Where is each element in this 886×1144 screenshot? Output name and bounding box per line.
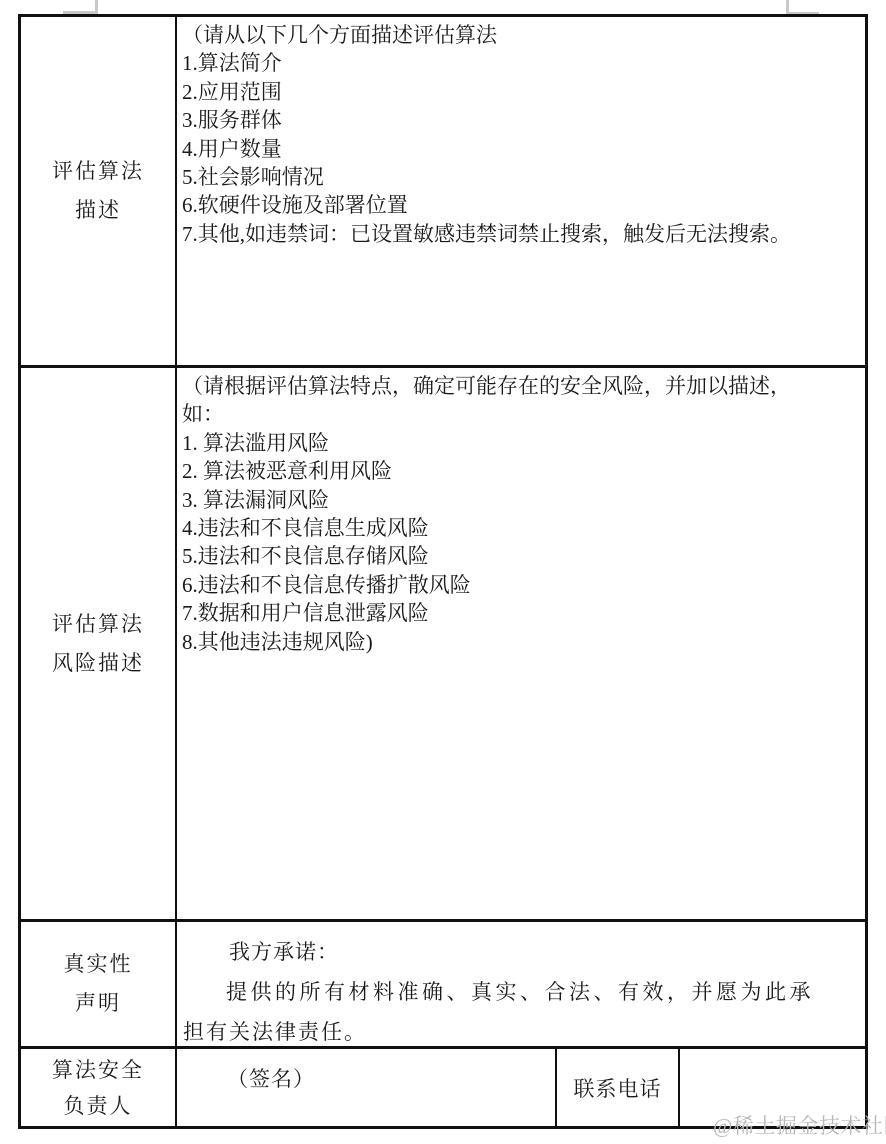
contact-phone-label: 联系电话 — [557, 1049, 680, 1126]
assessment-form-table: 评估算法 描述 （请从以下几个方面描述评估算法 1.算法简介 2.应用范围 3.… — [18, 14, 868, 1129]
table-row-algorithm-description: 评估算法 描述 （请从以下几个方面描述评估算法 1.算法简介 2.应用范围 3.… — [21, 17, 865, 368]
statement-body-line: 提供的所有材料准确、真实、合法、有效，并愿为此承 — [177, 972, 865, 1012]
signature-field: （签名） — [177, 1049, 557, 1126]
table-row-authenticity-statement: 真实性 声明 我方承诺： 提供的所有材料准确、真实、合法、有效，并愿为此承 担有… — [21, 922, 865, 1049]
statement-promise-line: 我方承诺： — [177, 932, 865, 972]
risk-description-label: 评估算法 风险描述 — [21, 368, 177, 919]
statement-body-line-continued: 担有关法律责任。 — [177, 1012, 865, 1052]
authenticity-statement-label: 真实性 声明 — [21, 922, 177, 1046]
security-responsible-label: 算法安全 负责人 — [21, 1049, 177, 1126]
risk-description-content: （请根据评估算法特点，确定可能存在的安全风险，并加以描述， 如： 1. 算法滥用… — [177, 368, 865, 919]
document-page: 评估算法 描述 （请从以下几个方面描述评估算法 1.算法简介 2.应用范围 3.… — [0, 0, 886, 1144]
algorithm-description-label: 评估算法 描述 — [21, 17, 177, 365]
authenticity-statement-content: 我方承诺： 提供的所有材料准确、真实、合法、有效，并愿为此承 担有关法律责任。 — [177, 922, 865, 1046]
table-row-risk-description: 评估算法 风险描述 （请根据评估算法特点，确定可能存在的安全风险，并加以描述， … — [21, 368, 865, 922]
site-watermark: @稀土掘金技术社区 — [713, 1110, 886, 1140]
algorithm-description-content: （请从以下几个方面描述评估算法 1.算法简介 2.应用范围 3.服务群体 4.用… — [177, 17, 865, 365]
